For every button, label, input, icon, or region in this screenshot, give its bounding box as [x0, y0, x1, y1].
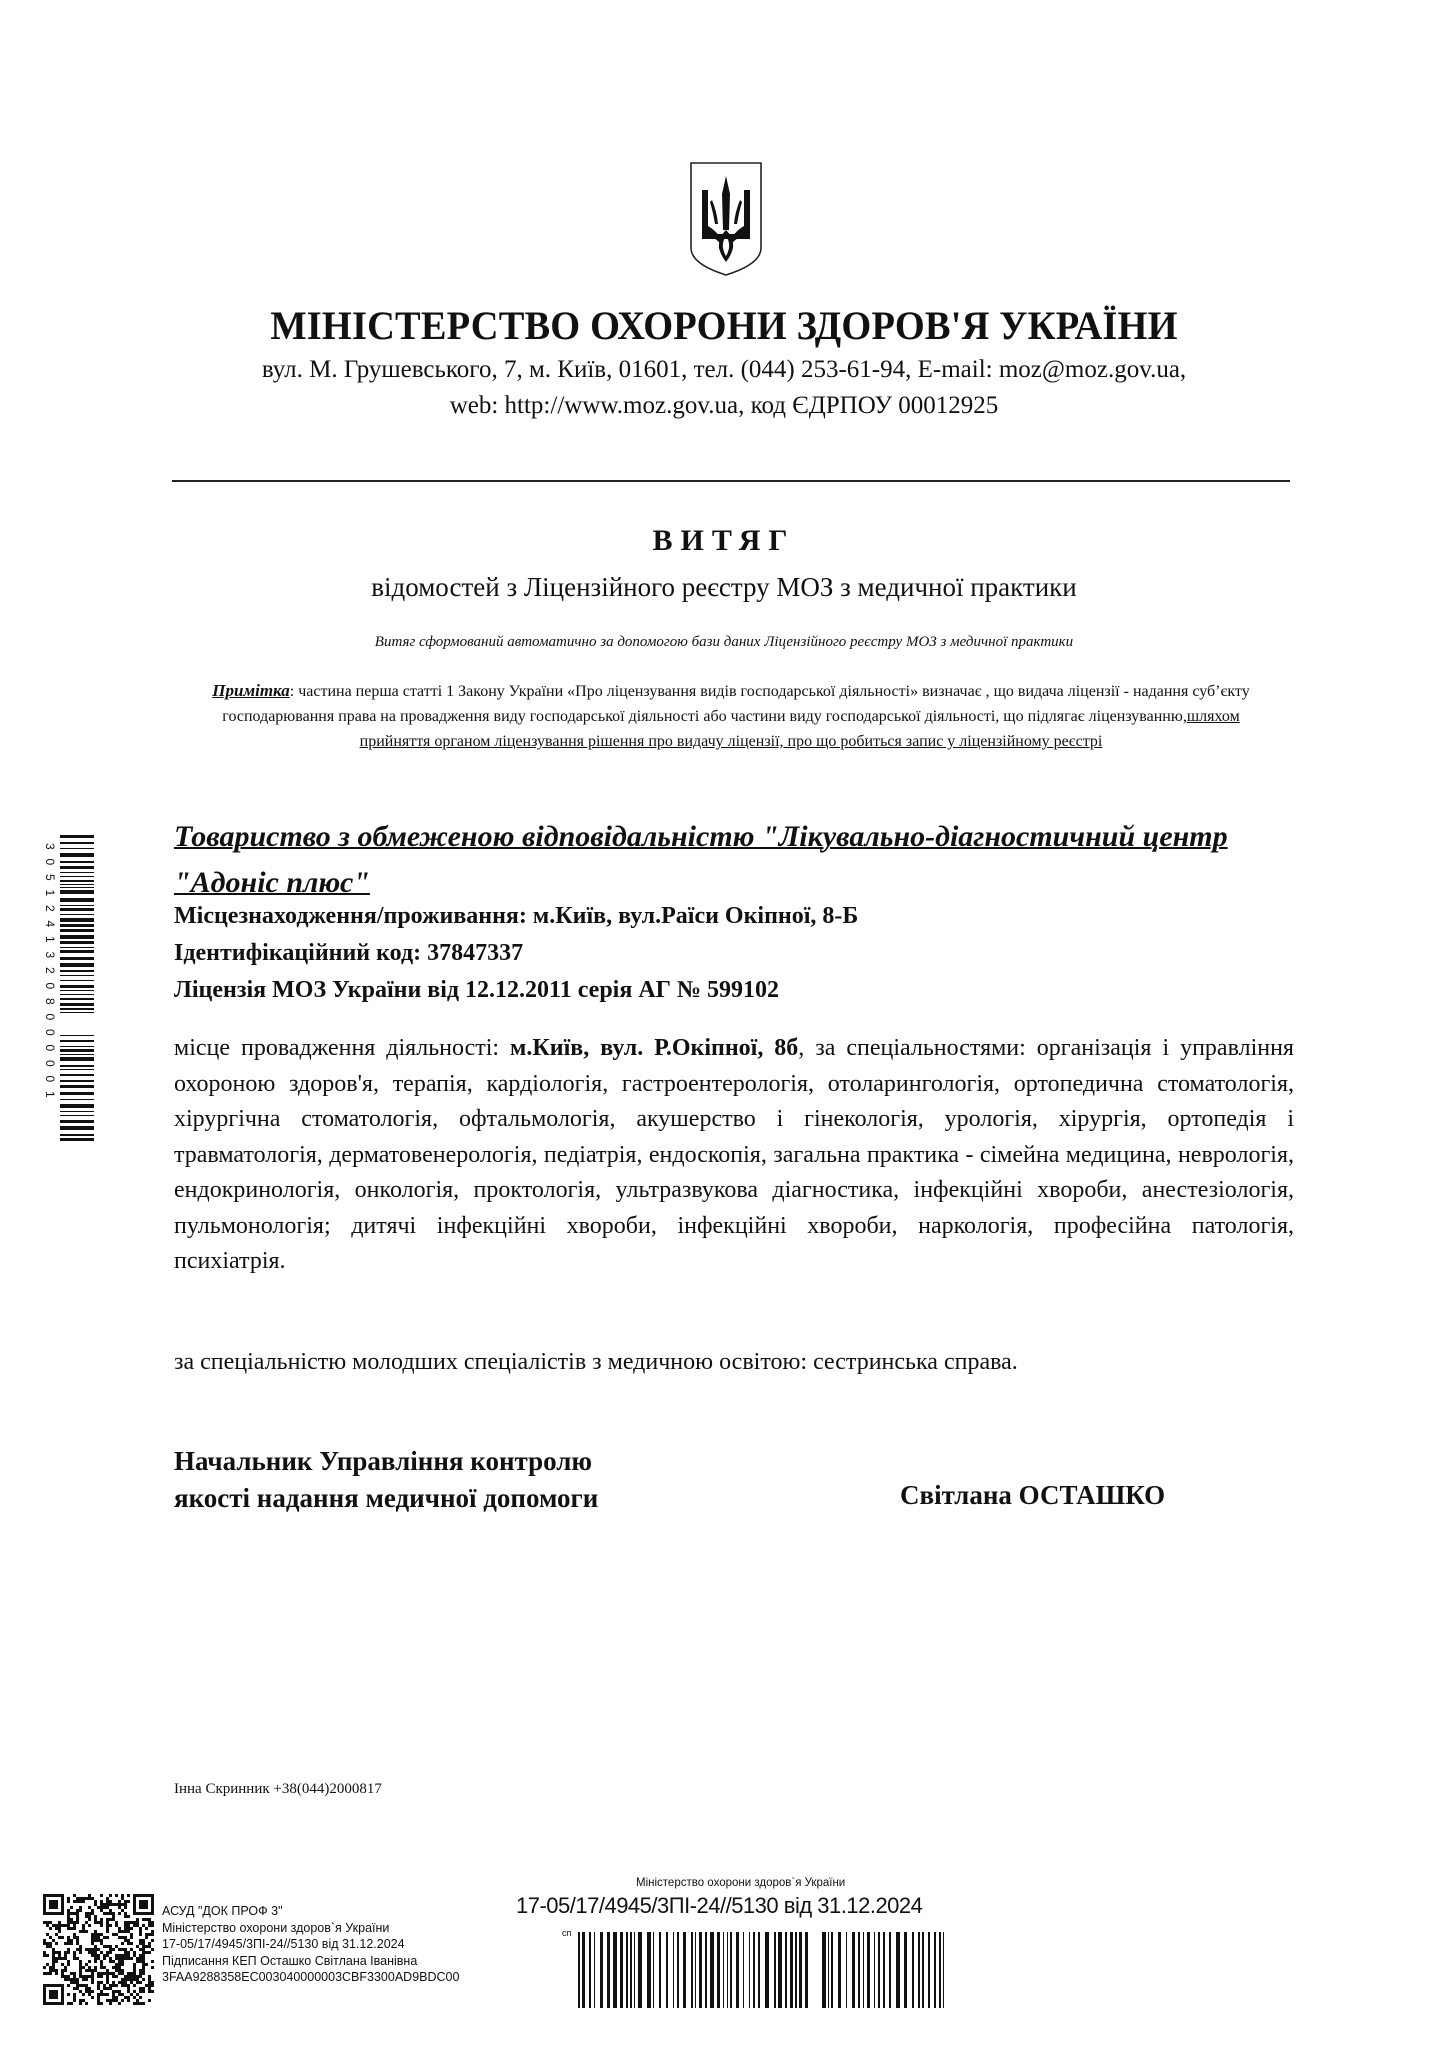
registration-number: 17-05/17/4945/3ПІ-24//5130 від 31.12.202… [516, 1893, 922, 1919]
stamp-line-signer: Підписання КЕП Осташко Світлана Іванівна [162, 1953, 459, 1970]
signer-position-line2: якості надання медичної допомоги [174, 1480, 598, 1517]
trident-coat-of-arms-icon [688, 160, 764, 278]
stamp-line-ministry: Міністерство охорони здоров`я України [162, 1920, 459, 1937]
document-title: ВИТЯГ [0, 524, 1448, 558]
svg-text:0: 0 [43, 983, 57, 990]
license-info: Ліцензія МОЗ України від 12.12.2011 сері… [174, 977, 779, 1004]
stamp-line-reg-number: 17-05/17/4945/3ПІ-24//5130 від 31.12.202… [162, 1936, 459, 1953]
legal-note: Примітка: частина перша статті 1 Закону … [186, 678, 1276, 754]
activity-after-place: , за спеціальностями: [798, 1035, 1036, 1061]
signer-position-line1: Начальник Управління контролю [174, 1443, 598, 1480]
executor-contact: Інна Скринник +38(044)2000817 [174, 1781, 382, 1798]
svg-text:1: 1 [43, 936, 57, 943]
electronic-signature-stamp: АСУД "ДОК ПРОФ 3" Міністерство охорони з… [162, 1903, 459, 1986]
svg-text:1: 1 [43, 890, 57, 897]
svg-text:1: 1 [43, 1091, 57, 1098]
auto-generated-note: Витяг сформований автоматично за допомог… [0, 634, 1448, 651]
note-label: Примітка [212, 681, 289, 700]
svg-text:0: 0 [43, 1045, 57, 1052]
note-text: : частина перша статті 1 Закону України … [222, 683, 1249, 725]
stamp-line-system: АСУД "ДОК ПРОФ 3" [162, 1903, 459, 1920]
signer-name: Світлана ОСТАШКО [900, 1480, 1165, 1511]
svg-text:0: 0 [43, 859, 57, 866]
ministry-web-code: web: http://www.moz.gov.ua, код ЄДРПОУ 0… [0, 392, 1448, 420]
activity-specialties: місце провадження діяльності: м.Київ, ву… [174, 1031, 1294, 1280]
qr-code-icon [43, 1894, 154, 2005]
ministry-address: вул. М. Грушевського, 7, м. Київ, 01601,… [0, 356, 1448, 384]
header-divider [172, 480, 1290, 482]
document-subtitle: відомостей з Ліцензійного реєстру МОЗ з … [0, 572, 1448, 603]
stamp-line-certificate: 3FAA9288358EC003040000003CBF3300AD9BDC00 [162, 1969, 459, 1986]
signer-position: Начальник Управління контролюякості нада… [174, 1443, 598, 1517]
svg-text:8: 8 [43, 998, 57, 1005]
junior-specialties: за спеціальністю молодших спеціалістів з… [174, 1349, 1018, 1376]
svg-text:3: 3 [43, 952, 57, 959]
svg-text:0: 0 [43, 1014, 57, 1021]
svg-text:0: 0 [43, 1060, 57, 1067]
svg-text:4: 4 [43, 921, 57, 928]
ministry-name: МІНІСТЕРСТВО ОХОРОНИ ЗДОРОВ'Я УКРАЇНИ [29, 302, 1419, 349]
svg-text:3: 3 [43, 843, 57, 850]
barcode-icon [578, 1932, 944, 2012]
svg-text:0: 0 [43, 1029, 57, 1036]
activity-place: м.Київ, вул. Р.Окіпної, 8б [510, 1035, 798, 1061]
svg-text:2: 2 [43, 967, 57, 974]
vertical-barcode-icon: 30512413208000001 [38, 835, 98, 1145]
registration-ministry: Міністерство охорони здоров`я України [636, 1877, 845, 1889]
svg-text:5: 5 [43, 874, 57, 881]
specialties-list: організація і управління охороною здоров… [174, 1035, 1294, 1274]
svg-text:2: 2 [43, 905, 57, 912]
activity-prefix: місце провадження діяльності: [174, 1035, 510, 1061]
svg-text:0: 0 [43, 1076, 57, 1083]
organization-location: Місцезнаходження/проживання: м.Київ, вул… [174, 903, 858, 930]
organization-name: Товариство з обмеженою відповідальністю … [174, 814, 1296, 906]
barcode-mark: сп [562, 1928, 571, 1938]
organization-id-code: Ідентифікаційний код: 37847337 [174, 940, 523, 967]
